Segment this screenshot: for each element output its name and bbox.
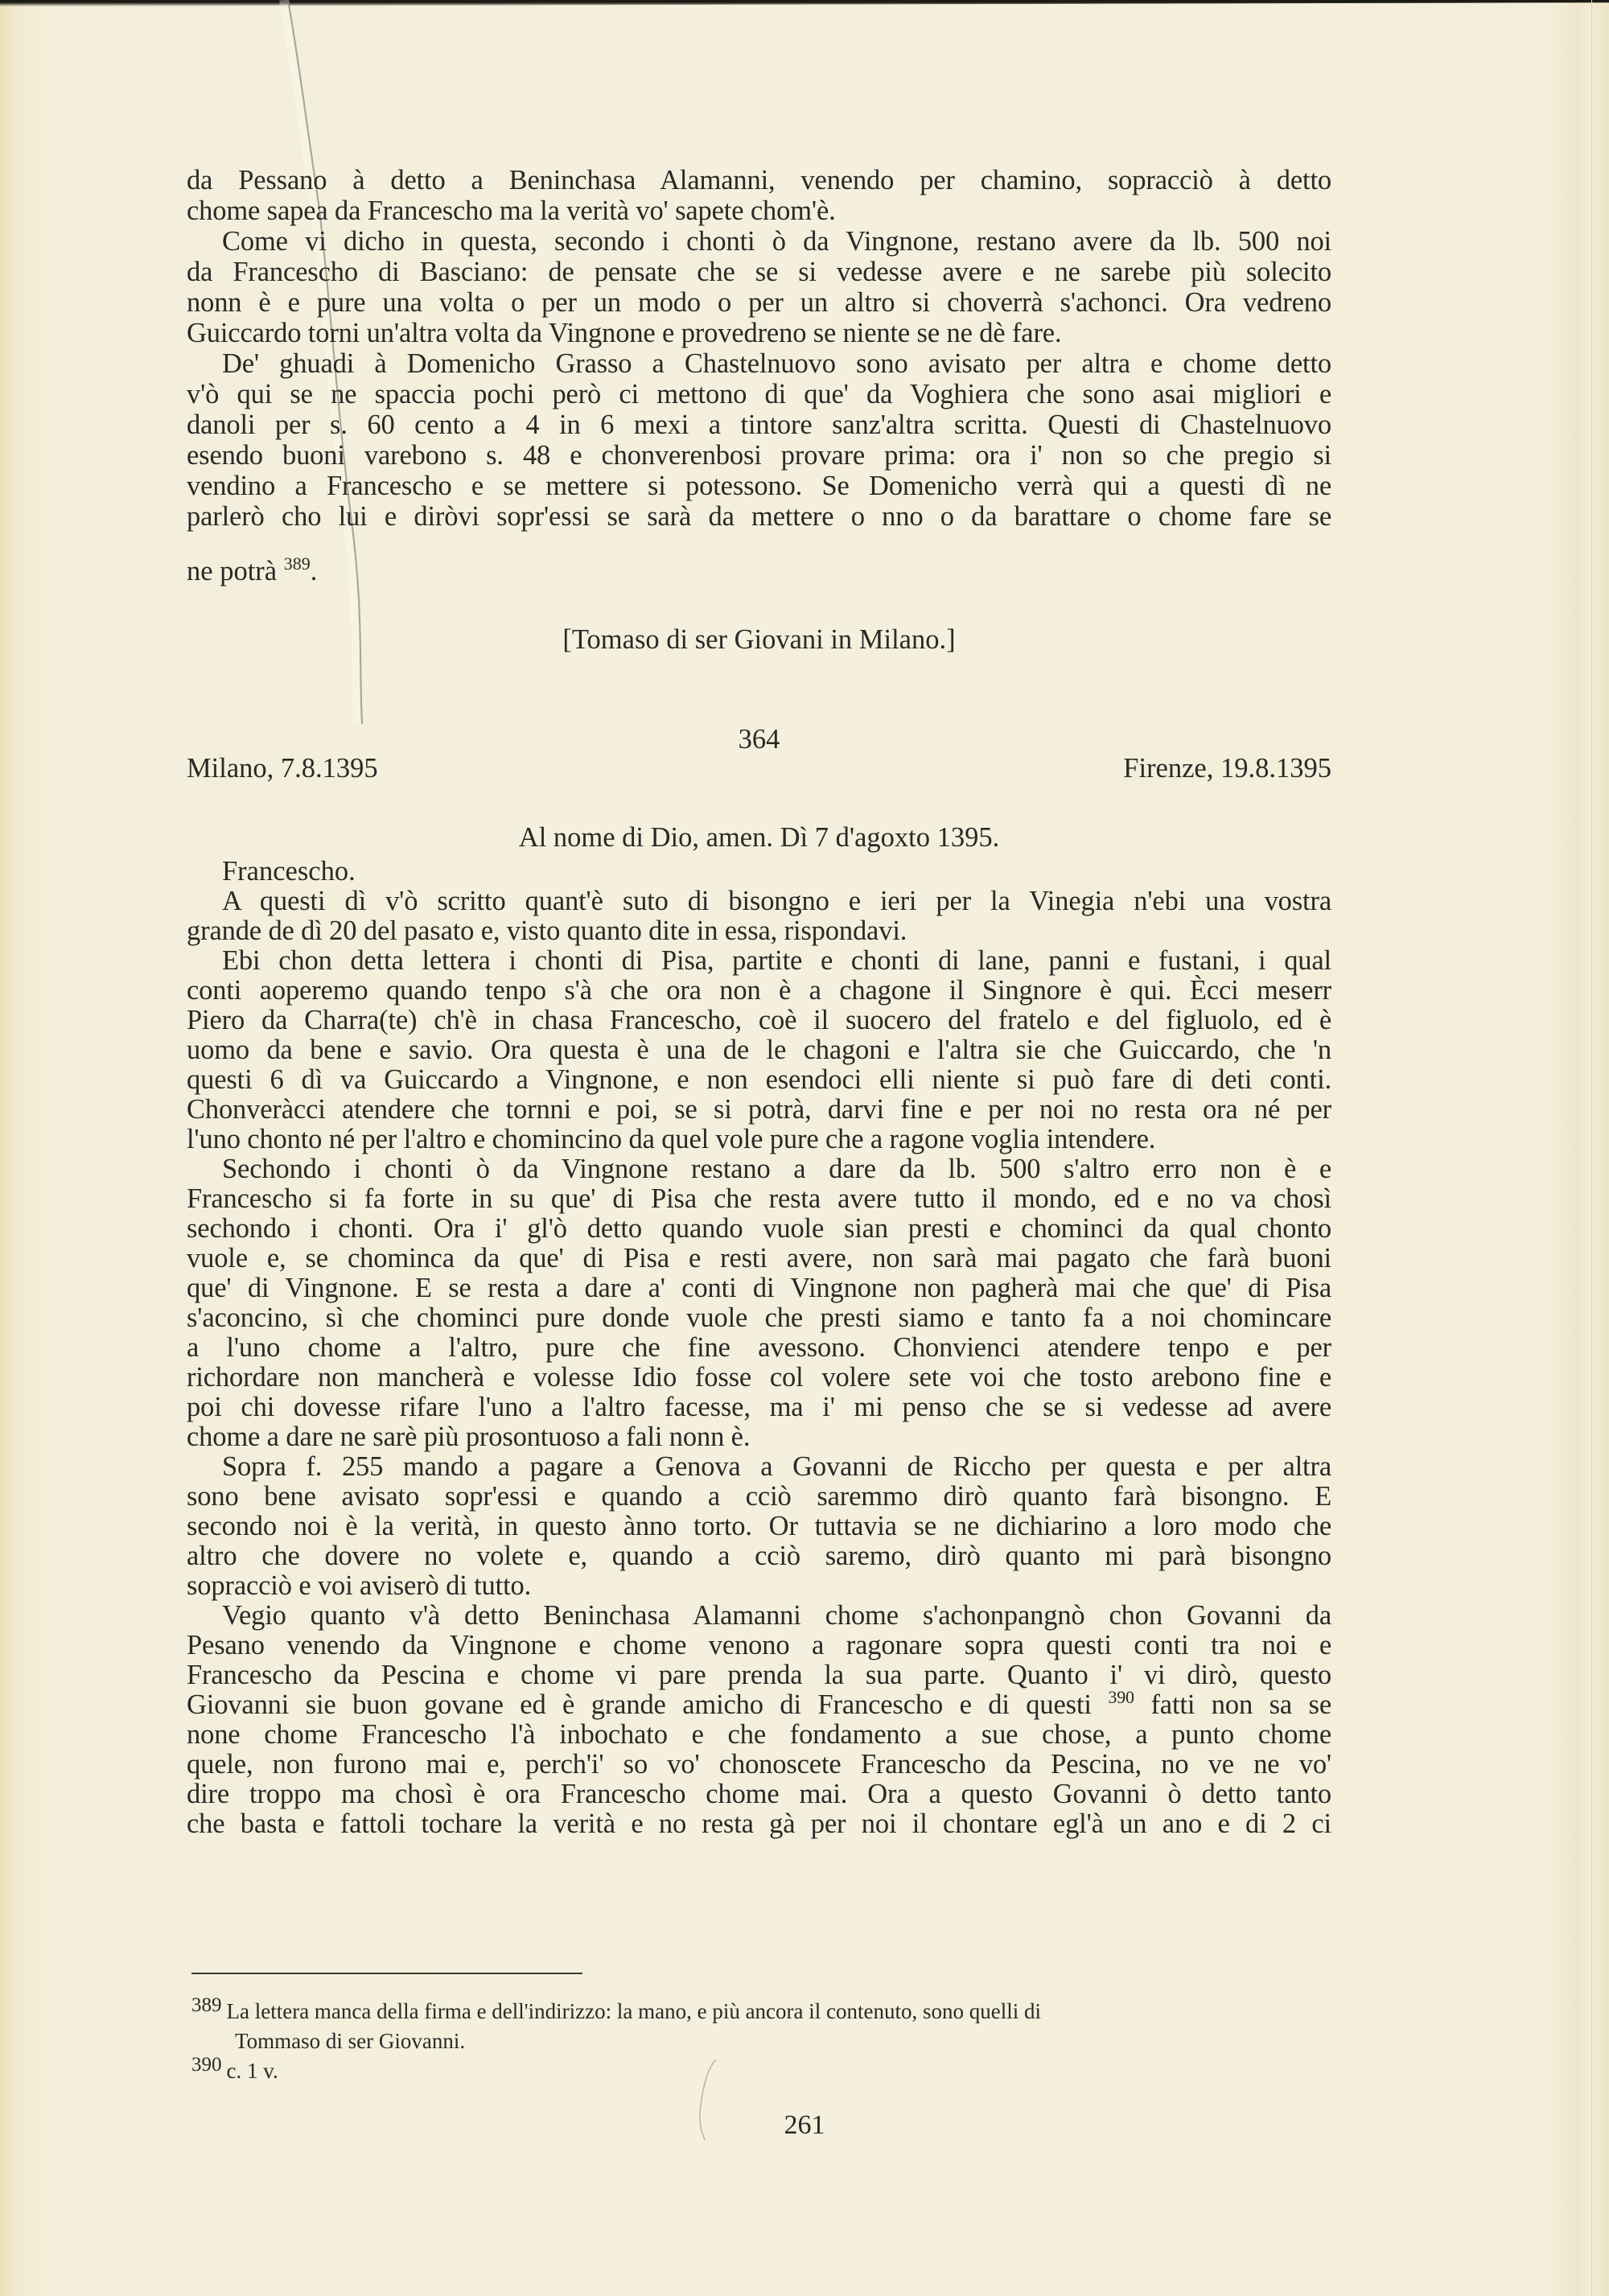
- text-line: Ebi chon detta lettera i chonti di Pisa,…: [222, 945, 1331, 976]
- text-line: que' di Vingnone. E se resta a dare a' c…: [187, 1273, 1331, 1303]
- text-line: vuole e, se chominca da que' di Pisa e r…: [187, 1243, 1331, 1273]
- text-line: poi chi dovesse rifare l'uno a l'altro f…: [187, 1392, 1331, 1422]
- text-line: secondo noi è la verità, in questo ànno …: [187, 1511, 1331, 1541]
- book-page: da Pessano à detto a Beninchasa Alamanni…: [0, 0, 1609, 2296]
- footnote-ref-390[interactable]: 390: [1108, 1687, 1134, 1707]
- letter-number: 364: [187, 724, 1331, 755]
- text-line: Giovanni sie buon govane ed è grande ami…: [187, 1689, 1331, 1720]
- text-line: esendo buoni varebono s. 48 e chonverenb…: [187, 440, 1331, 471]
- text-line: ne potrà 389.: [187, 556, 317, 586]
- text-line: altro che dovere no volete e, quando a c…: [187, 1541, 1331, 1571]
- text-line: l'uno chonto né per l'altro e chomincino…: [187, 1124, 1331, 1154]
- letter-salutation: Francescho.: [222, 856, 356, 887]
- text-line: quele, non furono mai e, perch'i' so vo'…: [187, 1749, 1331, 1780]
- footnote-ref-389[interactable]: 389: [284, 553, 311, 574]
- text-line: dire troppo ma chosì è ora Francescho ch…: [187, 1779, 1331, 1809]
- text-line: De' ghuadi à Domenicho Grasso a Chasteln…: [222, 348, 1331, 379]
- text-line: Sopra f. 255 mando a pagare a Genova a G…: [222, 1451, 1331, 1482]
- footnote-390: 390c. 1 v.: [191, 2056, 278, 2087]
- text-line: chome sapea da Francescho ma la verità v…: [187, 195, 1331, 226]
- footnote-text: c. 1 v.: [227, 2059, 278, 2083]
- footnote-separator: [191, 1973, 582, 1974]
- footnote-mark: 389: [191, 1994, 222, 2016]
- footnote-text: La lettera manca della firma e dell'indi…: [227, 1999, 1042, 2023]
- text-line: vendino a Francescho e se mettere si pot…: [187, 471, 1331, 501]
- footnote-389-continuation: Tommaso di ser Giovanni.: [235, 2026, 465, 2056]
- text-line: da Francescho di Basciano: de pensate ch…: [187, 257, 1331, 287]
- text-line: parlerò cho lui e diròvi sopr'essi se sa…: [187, 501, 1331, 532]
- text-line: danoli per s. 60 cento a 4 in 6 mexi a t…: [187, 409, 1331, 440]
- text-line: Francescho da Pescina e chome vi pare pr…: [187, 1660, 1331, 1690]
- text-line: chome a dare ne sarè più prosontuoso a f…: [187, 1422, 1331, 1452]
- footnote-mark: 390: [191, 2054, 222, 2076]
- text-fragment: fatti non sa se: [1150, 1689, 1331, 1720]
- text-line: Come vi dicho in questa, secondo i chont…: [222, 226, 1331, 257]
- text-line: Pesano venendo da Vingnone e chome venon…: [187, 1630, 1331, 1660]
- text-line: v'ò qui se ne spaccia pochi però ci mett…: [187, 379, 1331, 409]
- text-line: Chonveràcci atendere che tornni e poi, s…: [187, 1094, 1331, 1125]
- text-fragment: .: [311, 556, 318, 586]
- text-line: sopracciò e voi aviserò di tutto.: [187, 1570, 1331, 1601]
- scan-top-edge-shadow: [0, 0, 1609, 6]
- text-line: none chome Francescho l'à inbochato e ch…: [187, 1719, 1331, 1750]
- text-line: s'aconcino, sì che chominci pure donde v…: [187, 1302, 1331, 1333]
- text-line: conti aoperemo quando tenpo s'à che ora …: [187, 975, 1331, 1006]
- text-line: grande de dì 20 del pasato e, visto quan…: [187, 916, 1331, 946]
- page-right-edge: [1591, 0, 1592, 2296]
- text-fragment: Giovanni sie buon govane ed è grande ami…: [187, 1689, 1092, 1720]
- text-line: nonn è e pure una volta o per un modo o …: [187, 287, 1331, 318]
- letter-origin-date: Milano, 7.8.1395: [187, 753, 378, 784]
- text-line: richordare non mancherà e volesse Idio f…: [187, 1362, 1331, 1393]
- letter-signature: [Tomaso di ser Giovani in Milano.]: [187, 624, 1331, 655]
- text-fragment: ne potrà: [187, 556, 277, 586]
- text-line: che basta e fattoli tochare la verità e …: [187, 1808, 1331, 1839]
- text-line: Vegio quanto v'à detto Beninchasa Alaman…: [222, 1600, 1331, 1631]
- page-number: 261: [724, 2109, 885, 2142]
- text-line: Piero da Charra(te) ch'è in chasa France…: [187, 1005, 1331, 1035]
- letter-received-date: Firenze, 19.8.1395: [1123, 753, 1331, 784]
- text-line: a l'uno chome a l'altro, pure che fine a…: [187, 1332, 1331, 1363]
- text-line: Francescho si fa forte in su que' di Pis…: [187, 1183, 1331, 1214]
- letter-invocation: Al nome di Dio, amen. Dì 7 d'agoxto 1395…: [187, 822, 1331, 853]
- text-line: da Pessano à detto a Beninchasa Alamanni…: [187, 165, 1331, 195]
- text-line: A questi dì v'ò scritto quant'è suto di …: [222, 886, 1331, 916]
- text-line: questi 6 dì va Guiccardo a Vingnone, e n…: [187, 1064, 1331, 1095]
- text-line: sono bene avisato sopr'essi e quando a c…: [187, 1481, 1331, 1512]
- text-line: sechondo i chonti. Ora i' gl'ò detto qua…: [187, 1213, 1331, 1244]
- footnote-389: 389La lettera manca della firma e dell'i…: [191, 1997, 1041, 2027]
- text-line: Guiccardo torni un'altra volta da Vingno…: [187, 318, 1331, 348]
- text-line: Sechondo i chonti ò da Vingnone restano …: [222, 1154, 1331, 1184]
- text-line: uomo da bene e savio. Ora questa è una d…: [187, 1035, 1331, 1065]
